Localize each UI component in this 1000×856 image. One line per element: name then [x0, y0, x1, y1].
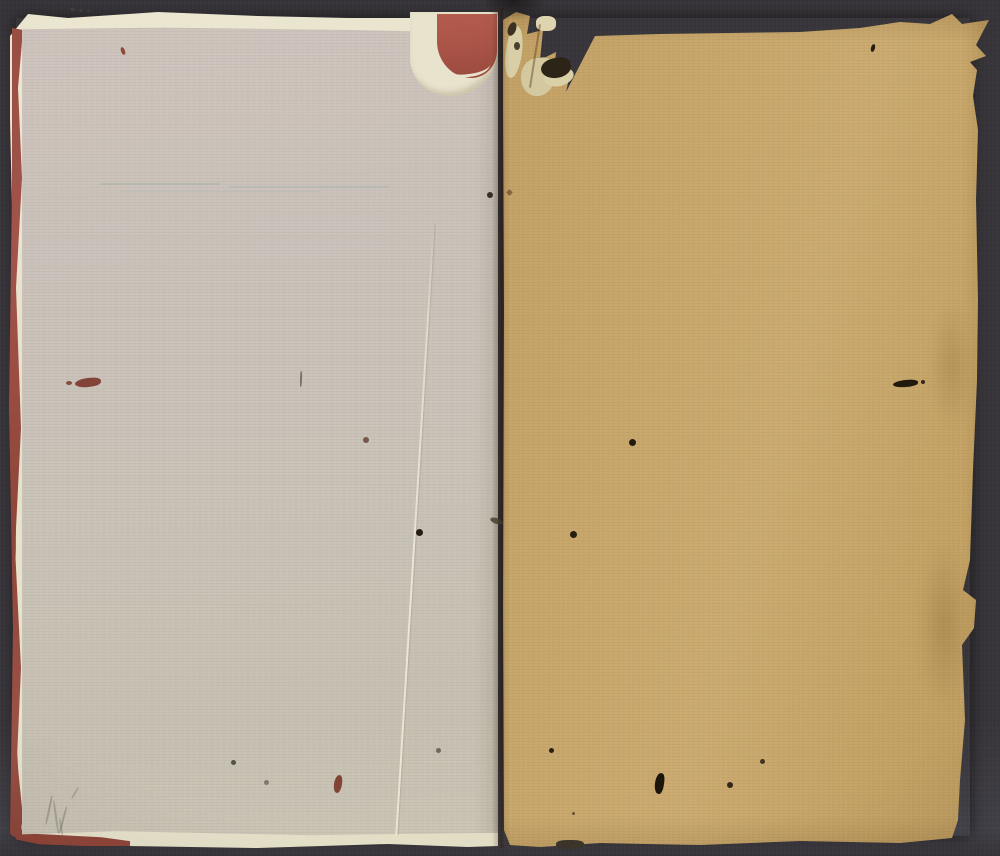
- left-endpaper: [22, 26, 498, 836]
- gutter-shadow: [492, 8, 510, 848]
- book-scan: [0, 0, 1000, 856]
- right-endpaper: [500, 8, 992, 850]
- edge-speck: [87, 10, 90, 12]
- bottom-edge-stain: [556, 840, 584, 849]
- edge-smudge: [918, 540, 970, 710]
- gutter-top-shadow: [486, 0, 546, 20]
- corner-tear-bit: [514, 42, 520, 50]
- edge-smudge: [930, 300, 974, 430]
- edge-speck: [70, 8, 75, 11]
- edge-speck: [79, 9, 83, 12]
